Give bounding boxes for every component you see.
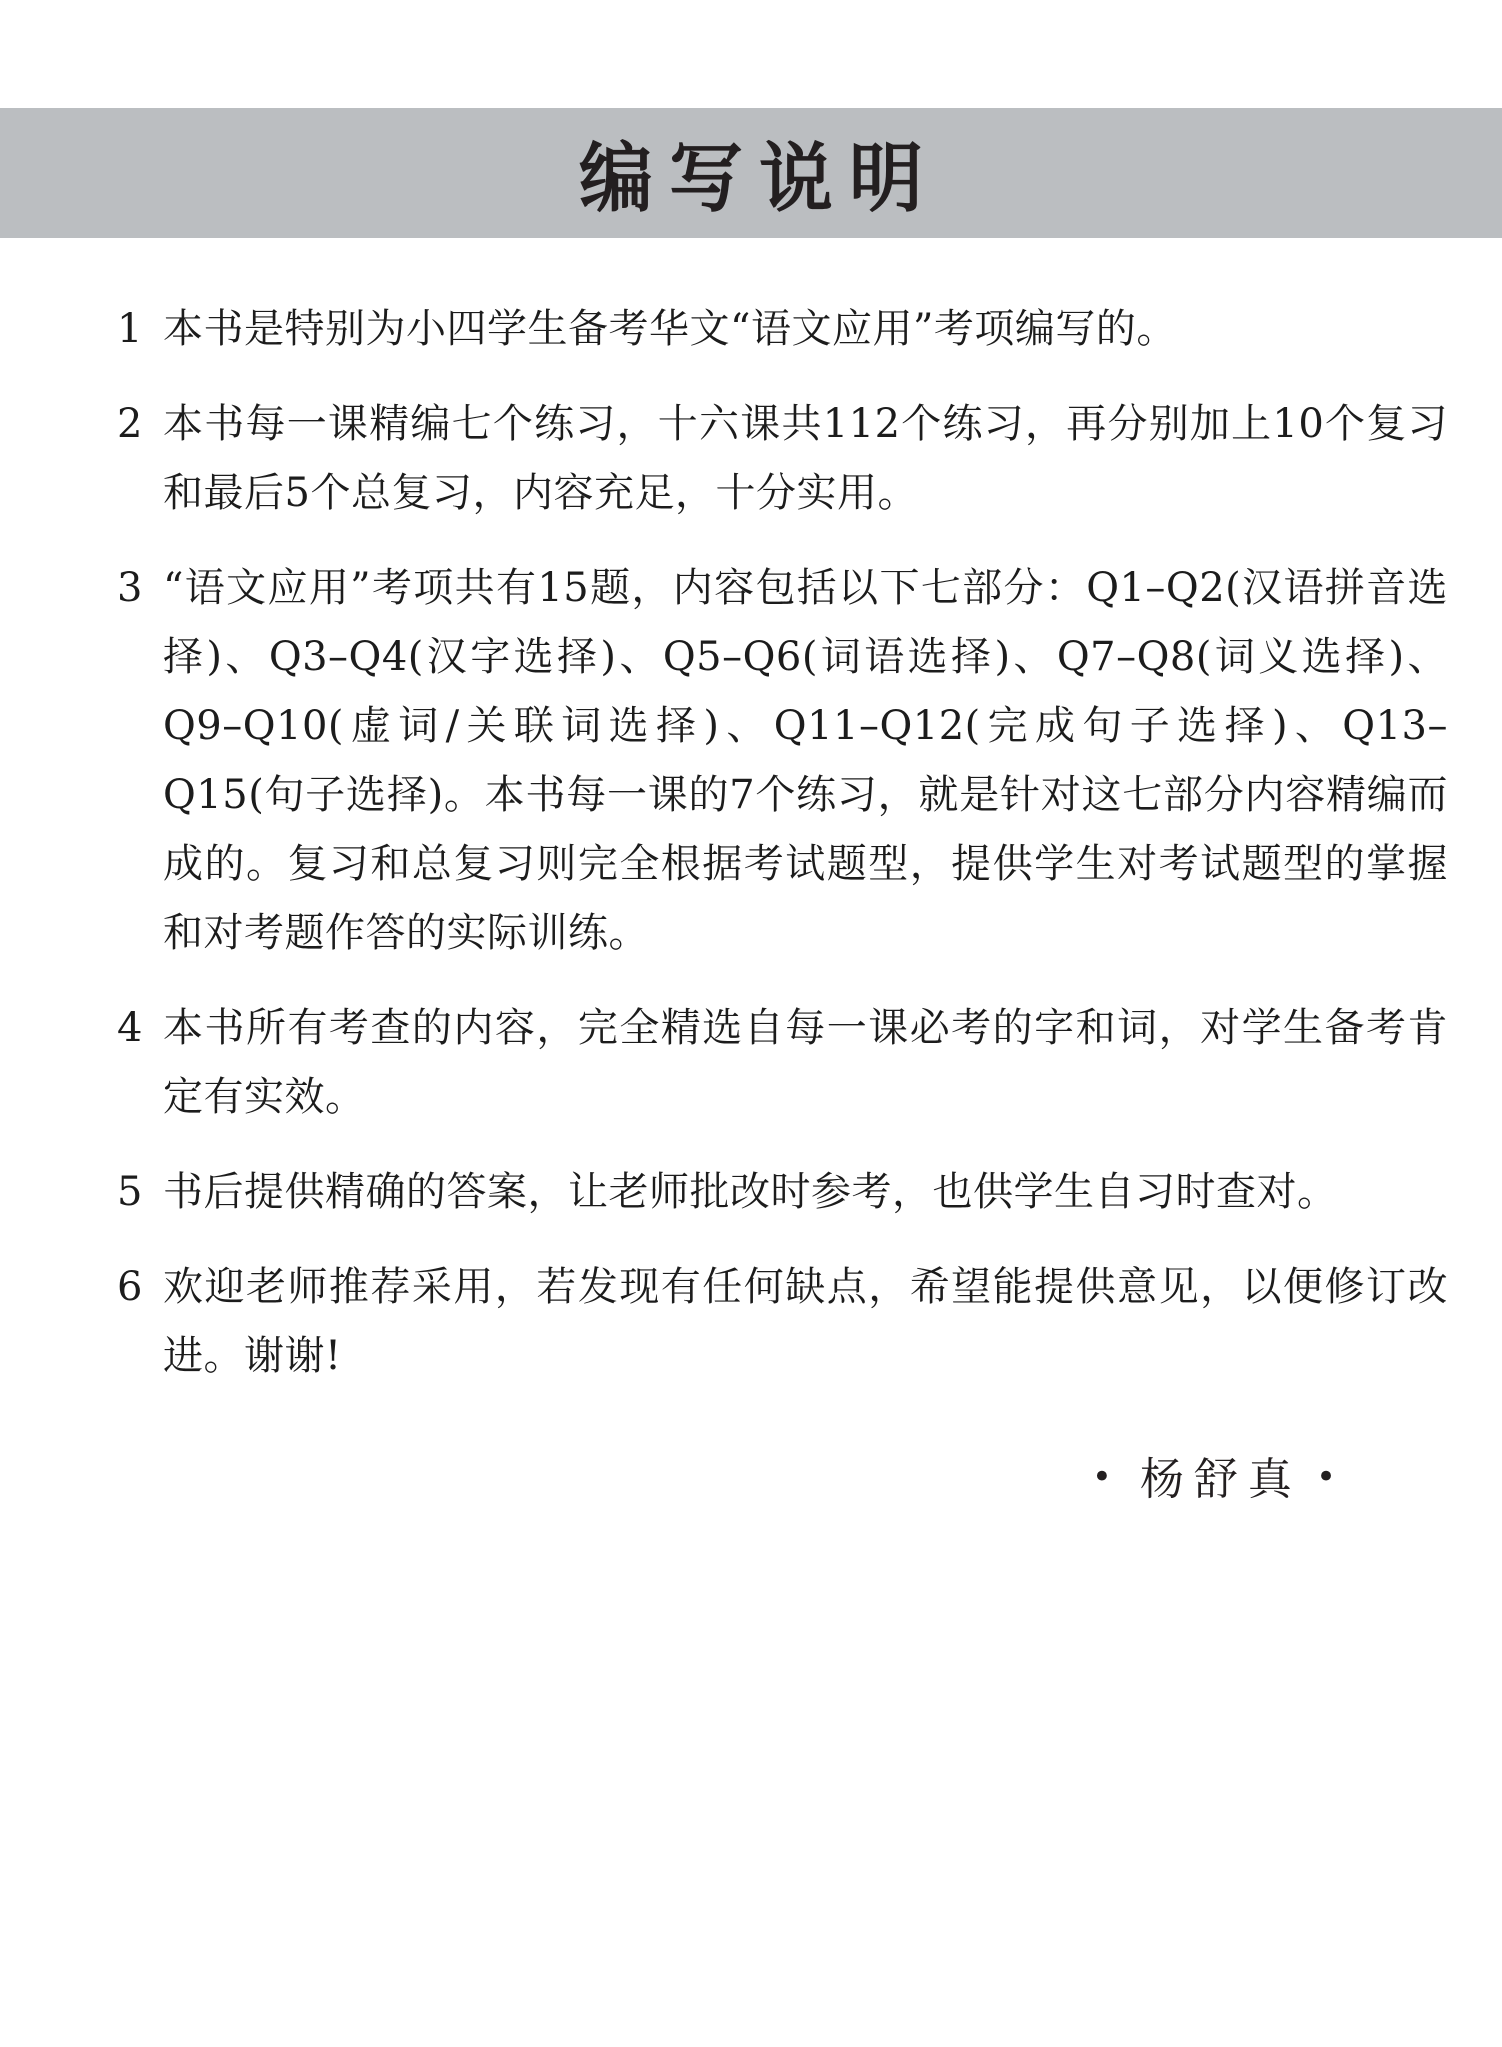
bullet-icon: • — [1316, 1457, 1336, 1497]
item-number: 2 — [117, 390, 163, 528]
item-number: 1 — [117, 295, 163, 364]
list-item: 4 本书所有考查的内容，完全精选自每一课必考的字和词，对学生备考肯定有实效。 — [117, 994, 1448, 1132]
list-item: 5 书后提供精确的答案，让老师批改时参考，也供学生自习时查对。 — [117, 1158, 1448, 1227]
page-title: 编写说明 — [563, 119, 939, 227]
item-number: 3 — [117, 554, 163, 968]
item-number: 4 — [117, 994, 163, 1132]
list-item: 6 欢迎老师推荐采用，若发现有任何缺点，希望能提供意见，以便修订改进。谢谢! — [117, 1253, 1448, 1391]
item-text: 欢迎老师推荐采用，若发现有任何缺点，希望能提供意见，以便修订改进。谢谢! — [163, 1253, 1448, 1391]
author-name: 杨舒真 — [1140, 1454, 1302, 1505]
list-item: 3 “语文应用”考项共有15题，内容包括以下七部分：Q1–Q2(汉语拼音选择)、… — [117, 554, 1448, 968]
item-number: 5 — [117, 1158, 163, 1227]
list-item: 1 本书是特别为小四学生备考华文“语文应用”考项编写的。 — [117, 295, 1448, 364]
page-header-banner: 编写说明 — [0, 108, 1502, 238]
instructions-list: 1 本书是特别为小四学生备考华文“语文应用”考项编写的。 2 本书每一课精编七个… — [117, 295, 1448, 1510]
bullet-icon: • — [1092, 1457, 1112, 1497]
item-text: 本书所有考查的内容，完全精选自每一课必考的字和词，对学生备考肯定有实效。 — [163, 994, 1448, 1132]
item-number: 6 — [117, 1253, 163, 1391]
item-text: 本书是特别为小四学生备考华文“语文应用”考项编写的。 — [163, 295, 1448, 364]
item-text: 书后提供精确的答案，让老师批改时参考，也供学生自习时查对。 — [163, 1158, 1448, 1227]
item-text: 本书每一课精编七个练习，十六课共112个练习，再分别加上10个复习和最后5个总复… — [163, 390, 1448, 528]
item-text: “语文应用”考项共有15题，内容包括以下七部分：Q1–Q2(汉语拼音选择)、Q3… — [163, 554, 1448, 968]
author-line: •杨舒真• — [117, 1447, 1448, 1510]
list-item: 2 本书每一课精编七个练习，十六课共112个练习，再分别加上10个复习和最后5个… — [117, 390, 1448, 528]
